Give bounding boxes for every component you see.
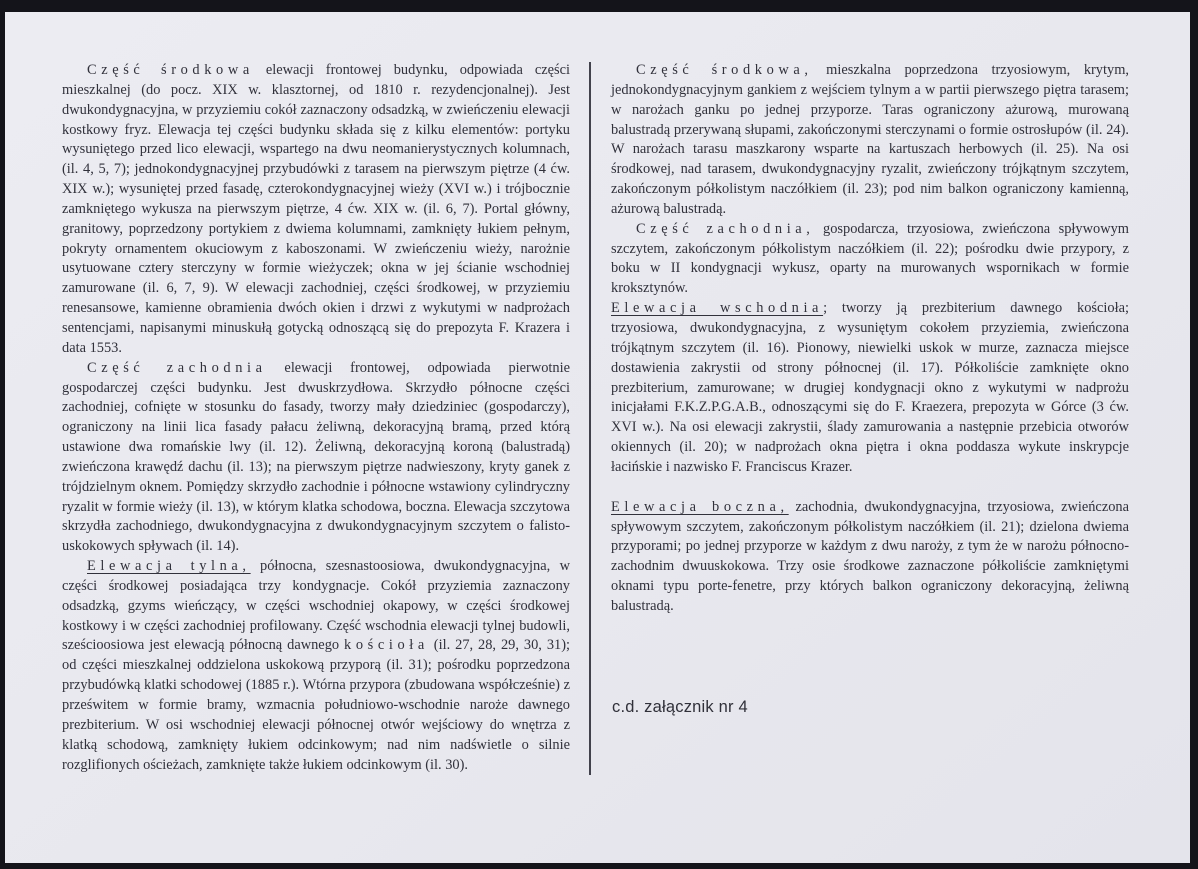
paragraph-text: (il. 27, 28, 29, 30, 31); od części mies… xyxy=(62,637,570,772)
paragraph-text: zachodnia, dwukondygnacyjna, trzyosiowa,… xyxy=(611,499,1129,614)
paragraph-elewacja-tylna: Elewacja tylna, północna, szesnastoosiow… xyxy=(62,557,570,775)
heading-elewacja-tylna: Elewacja tylna, xyxy=(87,558,251,574)
paragraph-elewacja-wschodnia: Elewacja wschodnia; tworzy ją prezbiteri… xyxy=(611,299,1129,478)
paragraph-elewacja-boczna: Elewacja boczna, zachodnia, dwukondygnac… xyxy=(611,498,1129,617)
scan-background: { "document": { "footer": "c.d. załączni… xyxy=(0,0,1198,869)
left-column: Część środkowa elewacji frontowej budynk… xyxy=(62,61,570,775)
emphasis-kosciola: kościoła xyxy=(344,637,429,653)
paragraph-czesc-zachodnia-frontowa: Część zachodnia elewacji frontowej, odpo… xyxy=(62,359,570,557)
paragraph-czesc-srodkowa-mieszkalna: Część środkowa, mieszkalna poprzedzona t… xyxy=(611,61,1129,220)
heading-elewacja-boczna: Elewacja boczna, xyxy=(611,499,789,515)
right-column: Część środkowa, mieszkalna poprzedzona t… xyxy=(611,61,1129,617)
heading-czesc-srodkowa: Część środkowa, xyxy=(636,62,813,78)
paragraph-text: elewacji frontowej, odpowiada pierwotnie… xyxy=(62,360,570,555)
column-divider-line xyxy=(589,62,591,775)
scanned-paper: Część środkowa elewacji frontowej budynk… xyxy=(5,12,1190,863)
heading-elewacja-wschodnia: Elewacja wschodnia xyxy=(611,300,823,316)
heading-czesc-zachodnia: Część zachodnia, xyxy=(636,221,815,237)
heading-czesc-srodkowa: Część środkowa xyxy=(87,62,254,78)
footer-note: c.d. załącznik nr 4 xyxy=(612,698,748,717)
paragraph-text: mieszkalna poprzedzona trzyosiowym, kryt… xyxy=(611,62,1129,217)
paragraph-czesc-srodkowa-frontowa: Część środkowa elewacji frontowej budynk… xyxy=(62,61,570,359)
paragraph-czesc-zachodnia-gospodarcza: Część zachodnia, gospodarcza, trzyosiowa… xyxy=(611,220,1129,299)
heading-czesc-zachodnia: Część zachodnia xyxy=(87,360,267,376)
paragraph-text: elewacji frontowej budynku, odpowiada cz… xyxy=(62,62,570,356)
paragraph-text: ; tworzy ją prezbiterium dawnego kościoł… xyxy=(611,300,1129,475)
